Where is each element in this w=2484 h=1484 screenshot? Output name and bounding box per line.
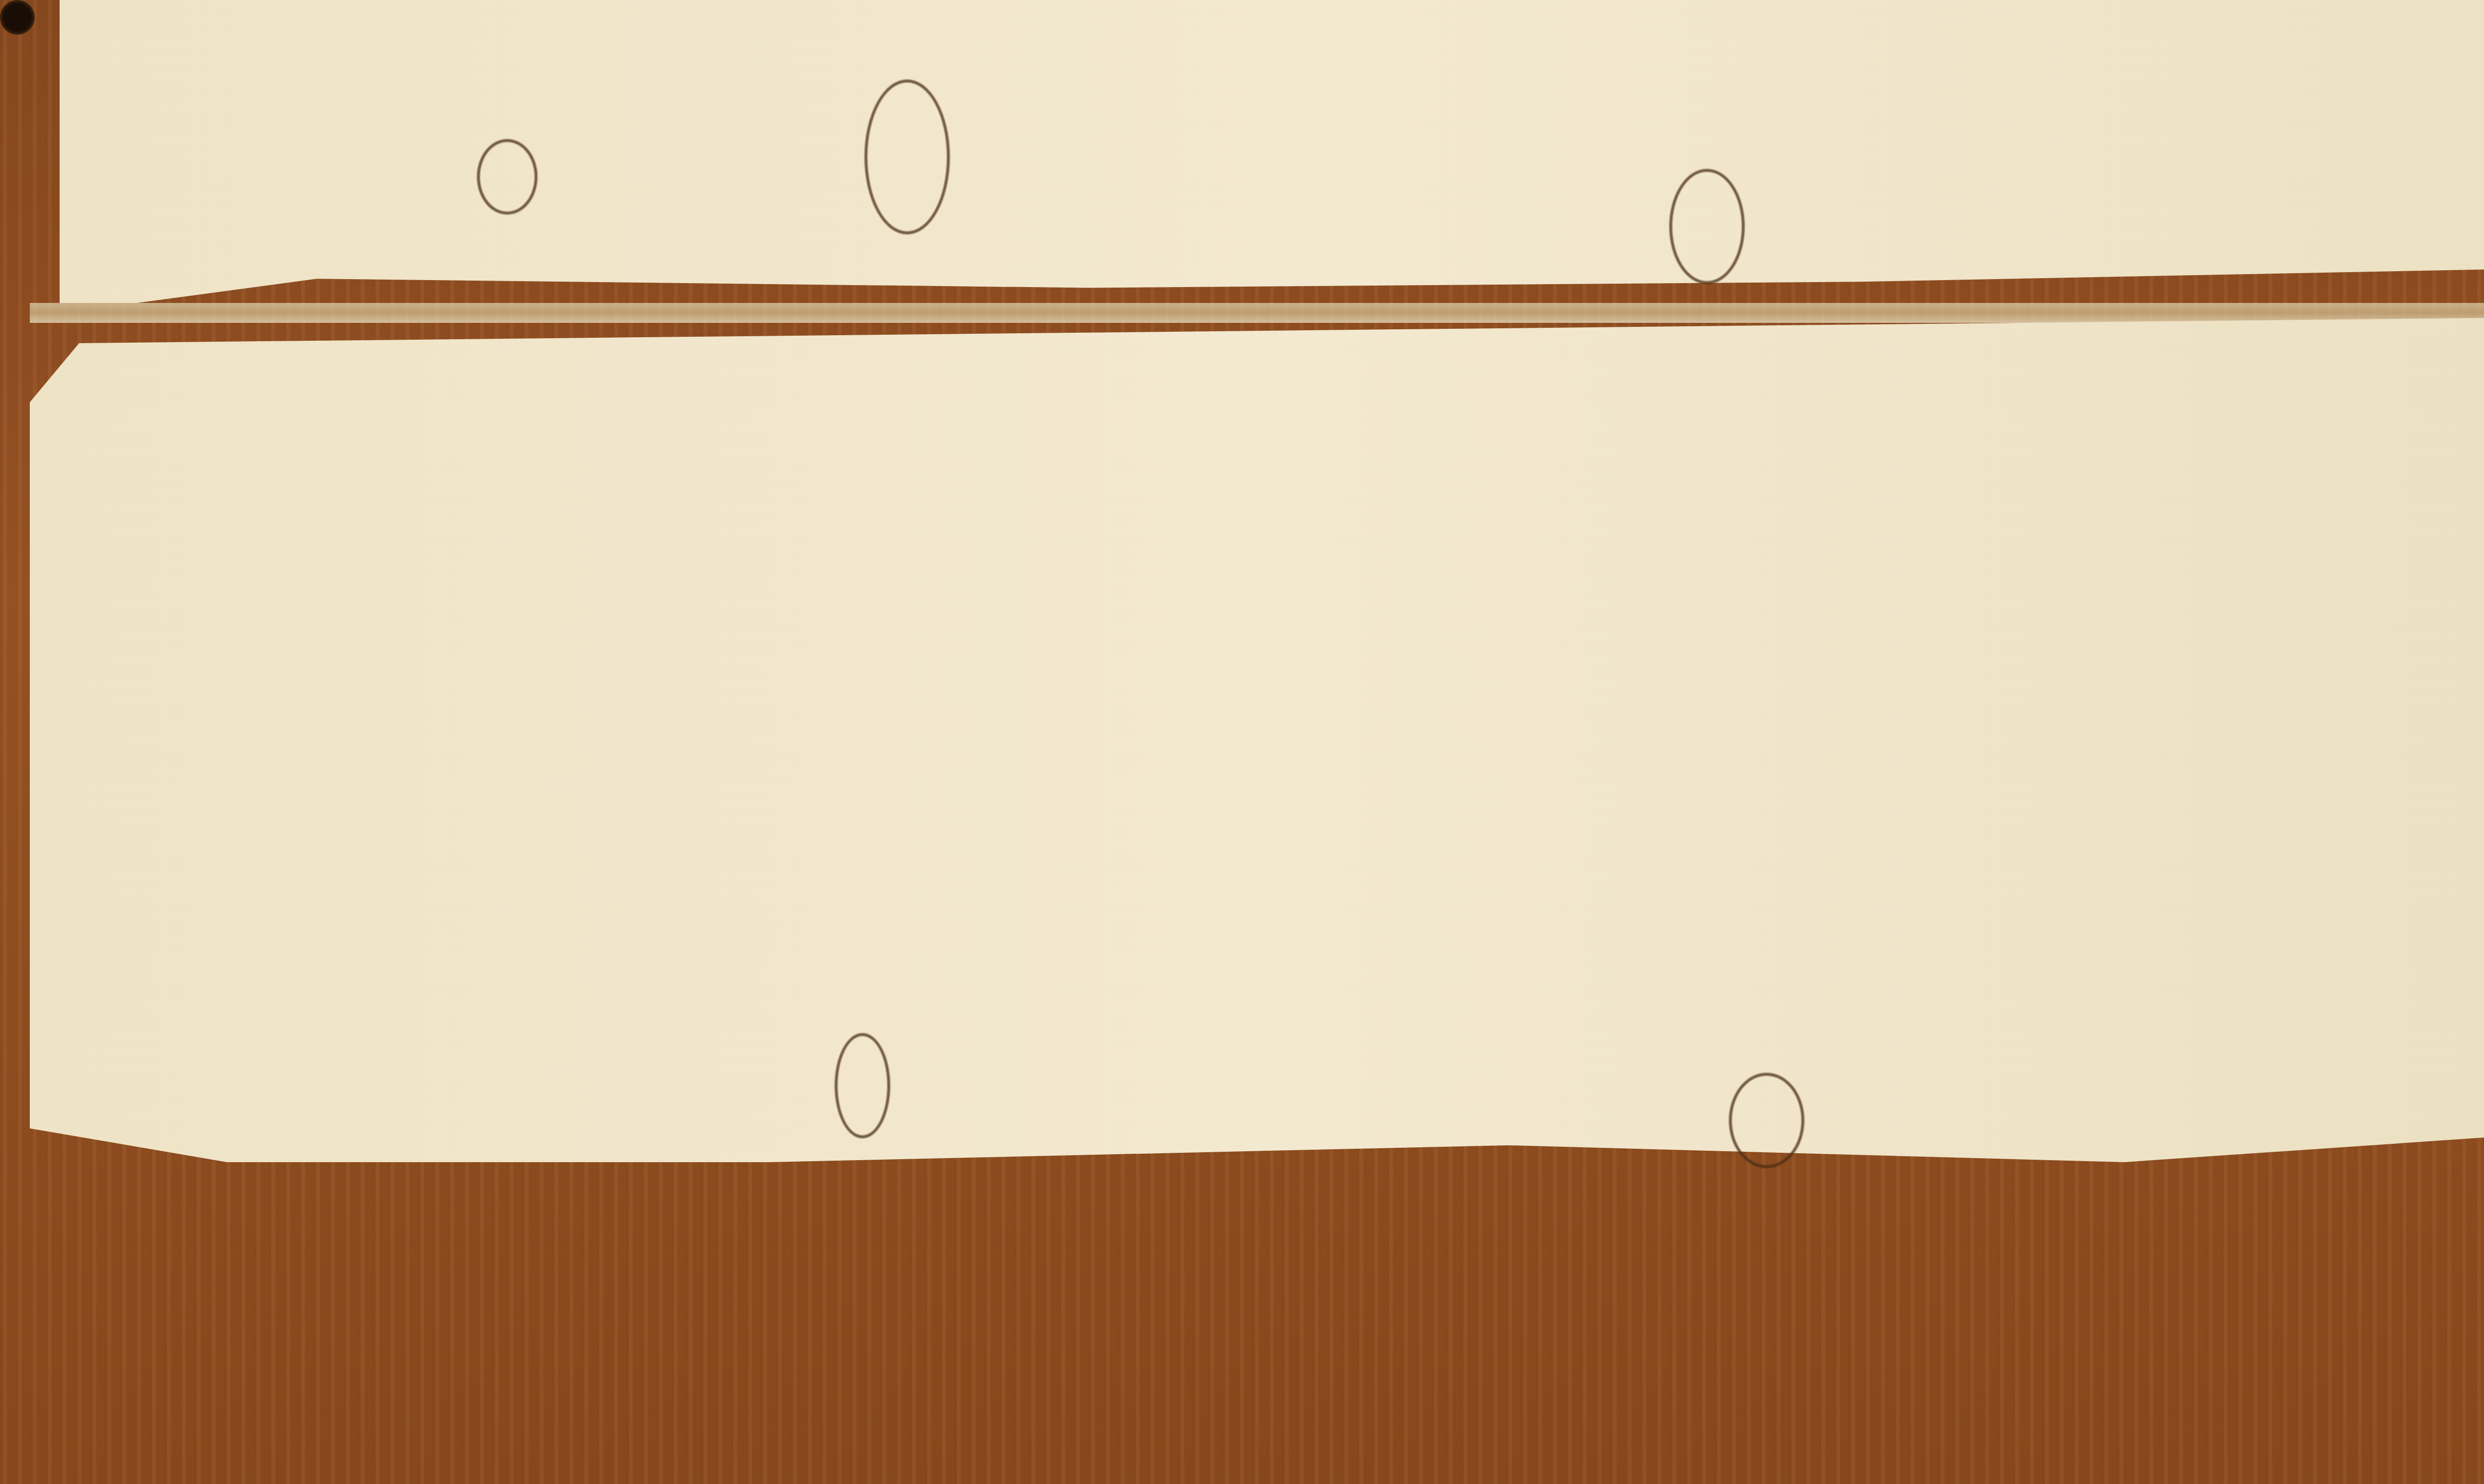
main-manuscript-page bbox=[30, 318, 2484, 1162]
ink-flourish bbox=[835, 1033, 890, 1138]
worm-hole bbox=[0, 0, 35, 35]
ink-flourish bbox=[1669, 169, 1745, 284]
page-fold bbox=[30, 303, 2484, 323]
upper-manuscript-page bbox=[60, 0, 2484, 303]
ink-flourish bbox=[477, 139, 538, 215]
ink-flourish bbox=[864, 79, 950, 234]
ink-flourish bbox=[1729, 1073, 1804, 1168]
